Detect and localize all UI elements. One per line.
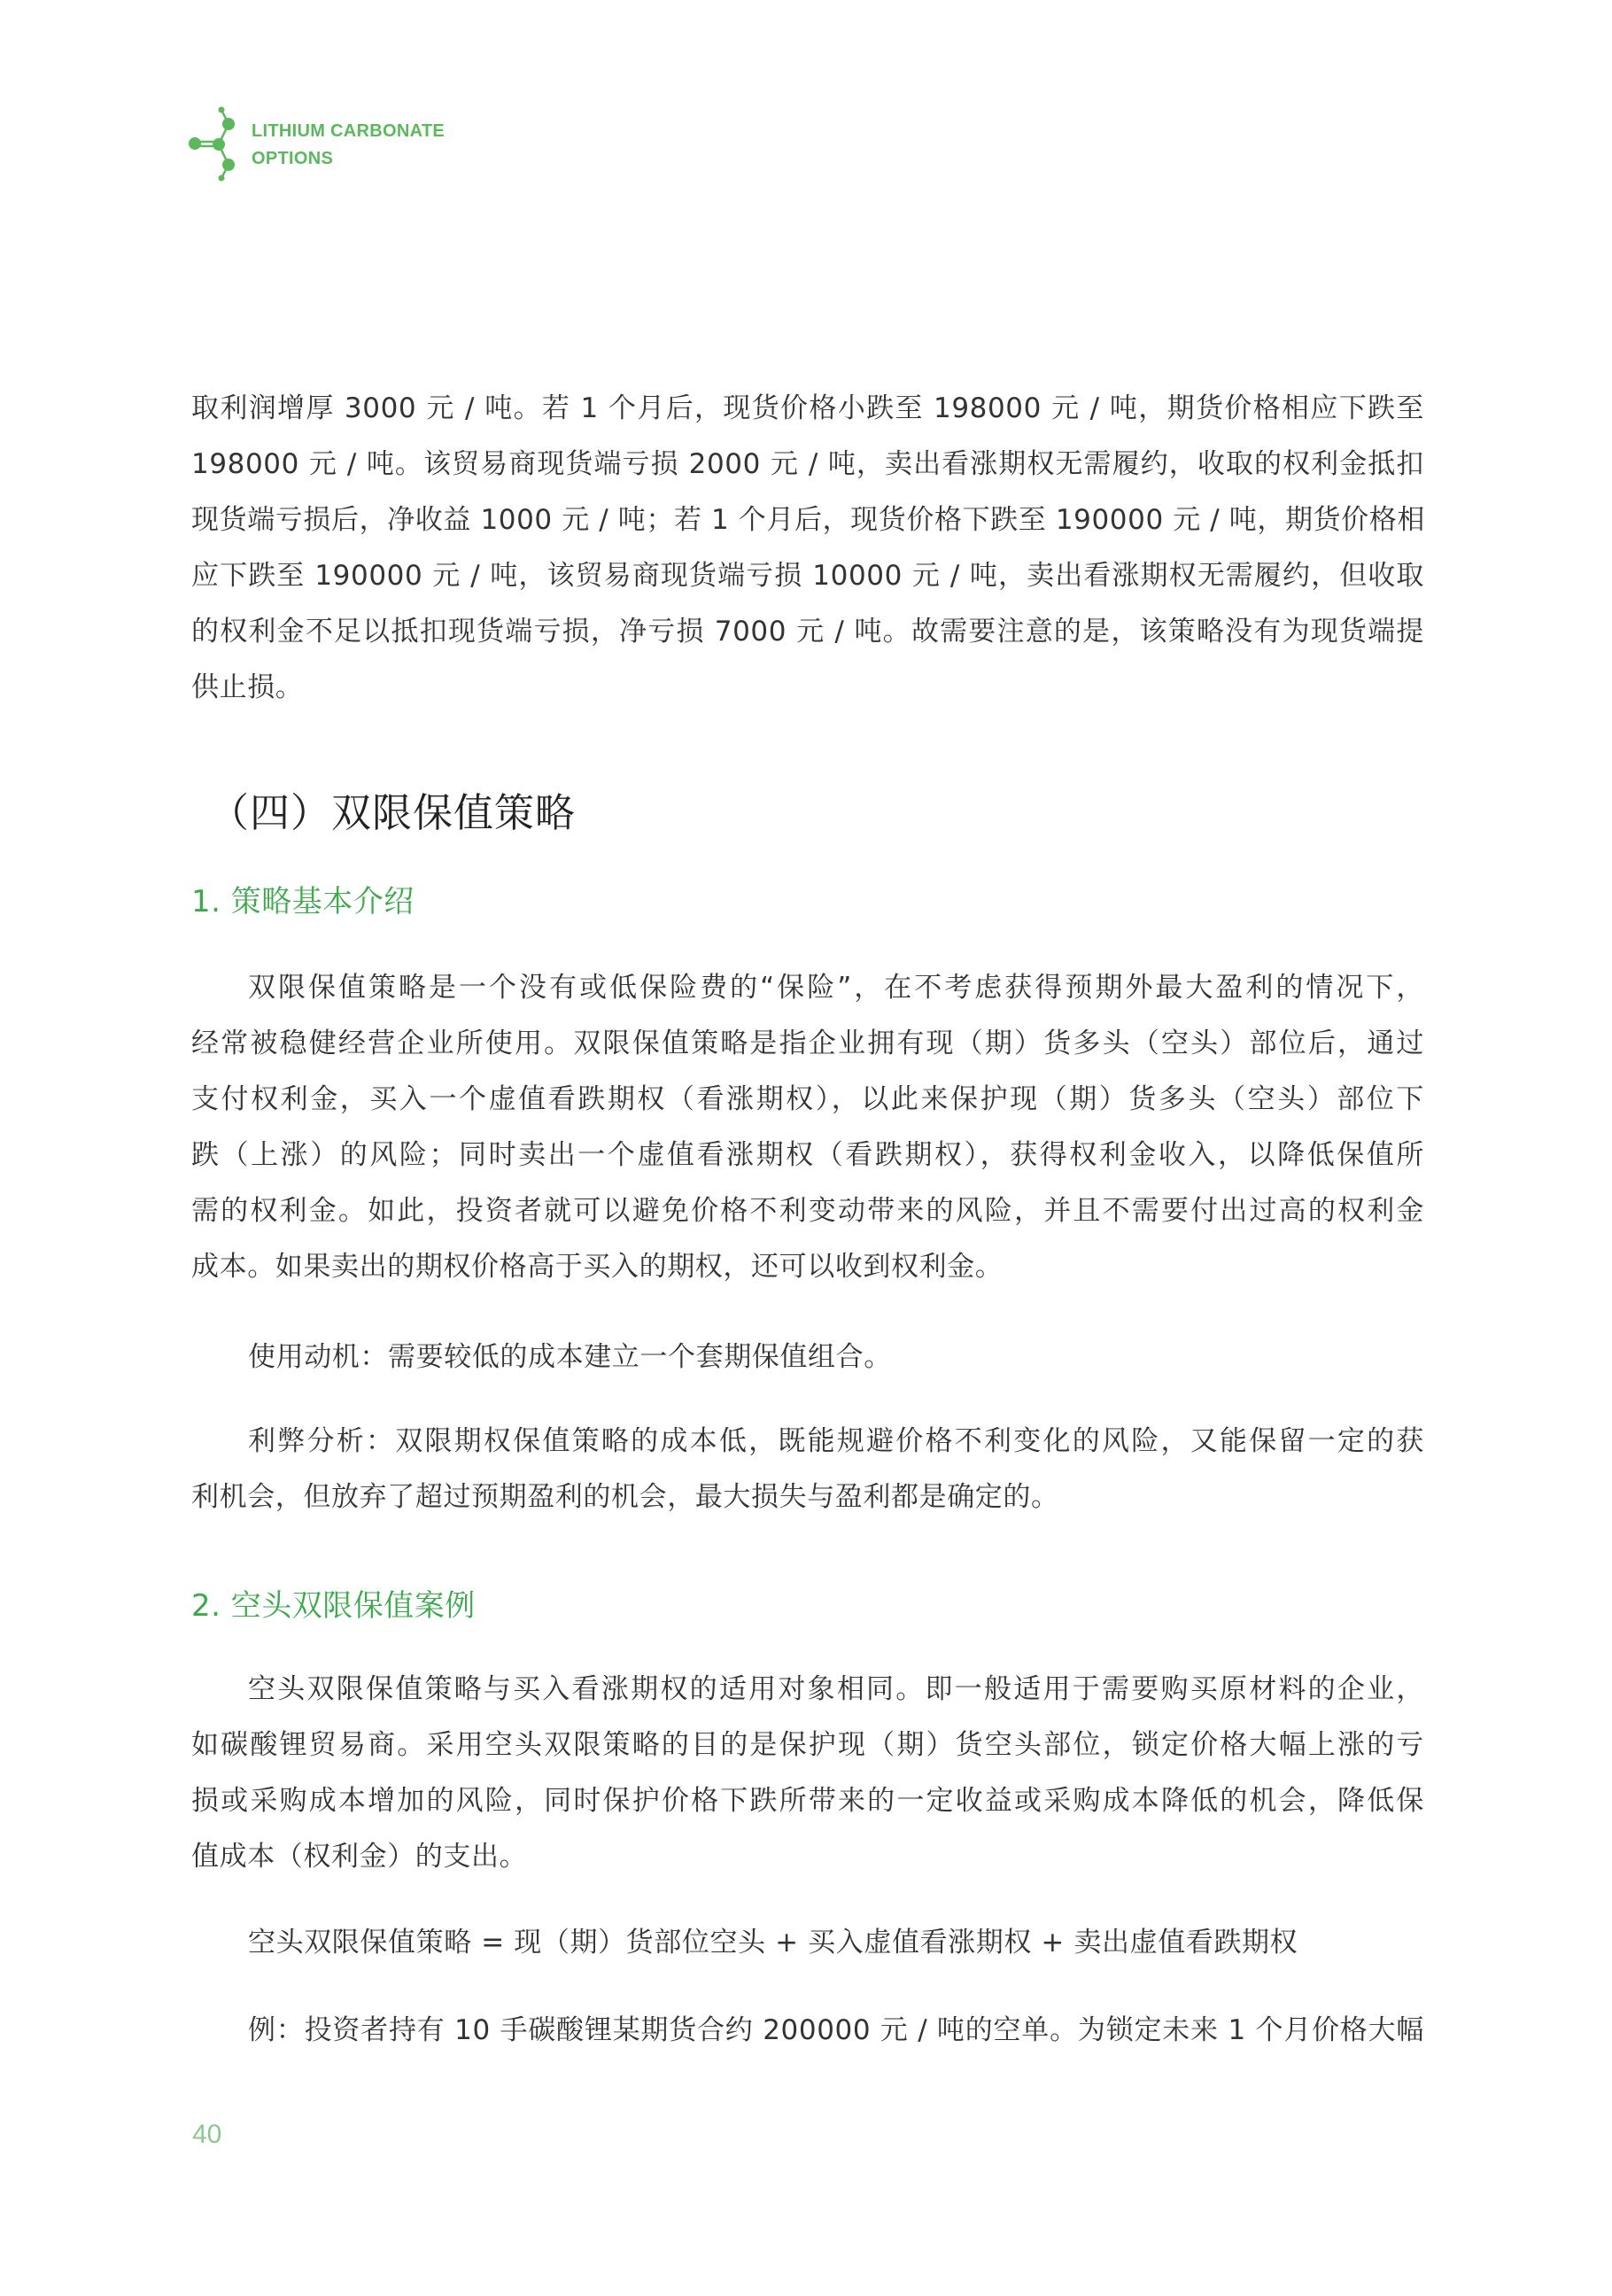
paragraph-line: 取利润增厚 3000 元 / 吨。若 1 个月后，现货价格小跌至 198000 …	[191, 381, 1424, 437]
paragraph-line: 利弊分析：双限期权保值策略的成本低，既能规避价格不利变化的风险，又能保留一定的获	[191, 1414, 1424, 1470]
strategy-intro-paragraph: 双限保值策略是一个没有或低保险费的“保险”，在不考虑获得预期外最大盈利的情况下，…	[191, 960, 1424, 1295]
paragraph-line: 使用动机：需要较低的成本建立一个套期保值组合。	[191, 1330, 1424, 1385]
paragraph-line: 如碳酸锂贸易商。采用空头双限策略的目的是保护现（期）货空头部位，锁定价格大幅上涨…	[191, 1718, 1424, 1773]
paragraph-line: 值成本（权利金）的支出。	[191, 1829, 1424, 1885]
paragraph-line: 需的权利金。如此，投资者就可以避免价格不利变动带来的风险，并且不需要付出过高的权…	[191, 1183, 1424, 1239]
brand-title: LITHIUM CARBONATE OPTIONS	[252, 118, 445, 173]
paragraph-line: 空头双限保值策略与买入看涨期权的适用对象相同。即一般适用于需要购买原材料的企业，	[191, 1662, 1424, 1718]
continued-paragraph: 取利润增厚 3000 元 / 吨。若 1 个月后，现货价格小跌至 198000 …	[191, 381, 1424, 716]
paragraph-line: 空头双限保值策略 = 现（期）货部位空头 + 买入虚值看涨期权 + 卖出虚值看跌…	[191, 1915, 1424, 1971]
paragraph-line: 现货端亏损后，净收益 1000 元 / 吨；若 1 个月后，现货价格下跌至 19…	[191, 493, 1424, 548]
paragraph-line: 跌（上涨）的风险；同时卖出一个虚值看涨期权（看跌期权），获得权利金收入，以降低保…	[191, 1128, 1424, 1183]
formula-paragraph: 空头双限保值策略 = 现（期）货部位空头 + 买入虚值看涨期权 + 卖出虚值看跌…	[191, 1915, 1424, 1971]
section-heading: （四）双限保值策略	[209, 787, 576, 840]
paragraph-line: 例：投资者持有 10 手碳酸锂某期货合约 200000 元 / 吨的空单。为锁定…	[191, 2003, 1424, 2059]
paragraph-line: 支付权利金，买入一个虚值看跌期权（看涨期权），以此来保护现（期）货多头（空头）部…	[191, 1072, 1424, 1128]
paragraph-line: 成本。如果卖出的期权价格高于买入的期权，还可以收到权利金。	[191, 1239, 1424, 1295]
paragraph-line: 应下跌至 190000 元 / 吨，该贸易商现货端亏损 10000 元 / 吨，…	[191, 548, 1424, 604]
paragraph-line: 经常被稳健经营企业所使用。双限保值策略是指企业拥有现（期）货多头（空头）部位后，…	[191, 1016, 1424, 1072]
paragraph-line: 双限保值策略是一个没有或低保险费的“保险”，在不考虑获得预期外最大盈利的情况下，	[191, 960, 1424, 1016]
paragraph-line: 损或采购成本增加的风险，同时保护价格下跌所带来的一定收益或采购成本降低的机会，降…	[191, 1773, 1424, 1829]
paragraph-line: 的权利金不足以抵扣现货端亏损，净亏损 7000 元 / 吨。故需要注意的是，该策…	[191, 604, 1424, 660]
subsection-heading-2: 2. 空头双限保值案例	[191, 1584, 476, 1628]
paragraph-line: 利机会，但放弃了超过预期盈利的机会，最大损失与盈利都是确定的。	[191, 1470, 1424, 1525]
molecule-logo-icon	[182, 99, 252, 188]
page-number: 40	[192, 2117, 221, 2152]
short-collar-intro-paragraph: 空头双限保值策略与买入看涨期权的适用对象相同。即一般适用于需要购买原材料的企业，…	[191, 1662, 1424, 1885]
motivation-paragraph: 使用动机：需要较低的成本建立一个套期保值组合。	[191, 1330, 1424, 1385]
brand-line-1: LITHIUM CARBONATE	[252, 118, 445, 145]
example-paragraph: 例：投资者持有 10 手碳酸锂某期货合约 200000 元 / 吨的空单。为锁定…	[191, 2003, 1424, 2059]
paragraph-line: 供止损。	[191, 660, 1424, 716]
analysis-paragraph: 利弊分析：双限期权保值策略的成本低，既能规避价格不利变化的风险，又能保留一定的获…	[191, 1414, 1424, 1525]
subsection-heading-1: 1. 策略基本介绍	[191, 880, 415, 924]
paragraph-line: 198000 元 / 吨。该贸易商现货端亏损 2000 元 / 吨，卖出看涨期权…	[191, 437, 1424, 493]
brand-line-2: OPTIONS	[252, 145, 445, 173]
